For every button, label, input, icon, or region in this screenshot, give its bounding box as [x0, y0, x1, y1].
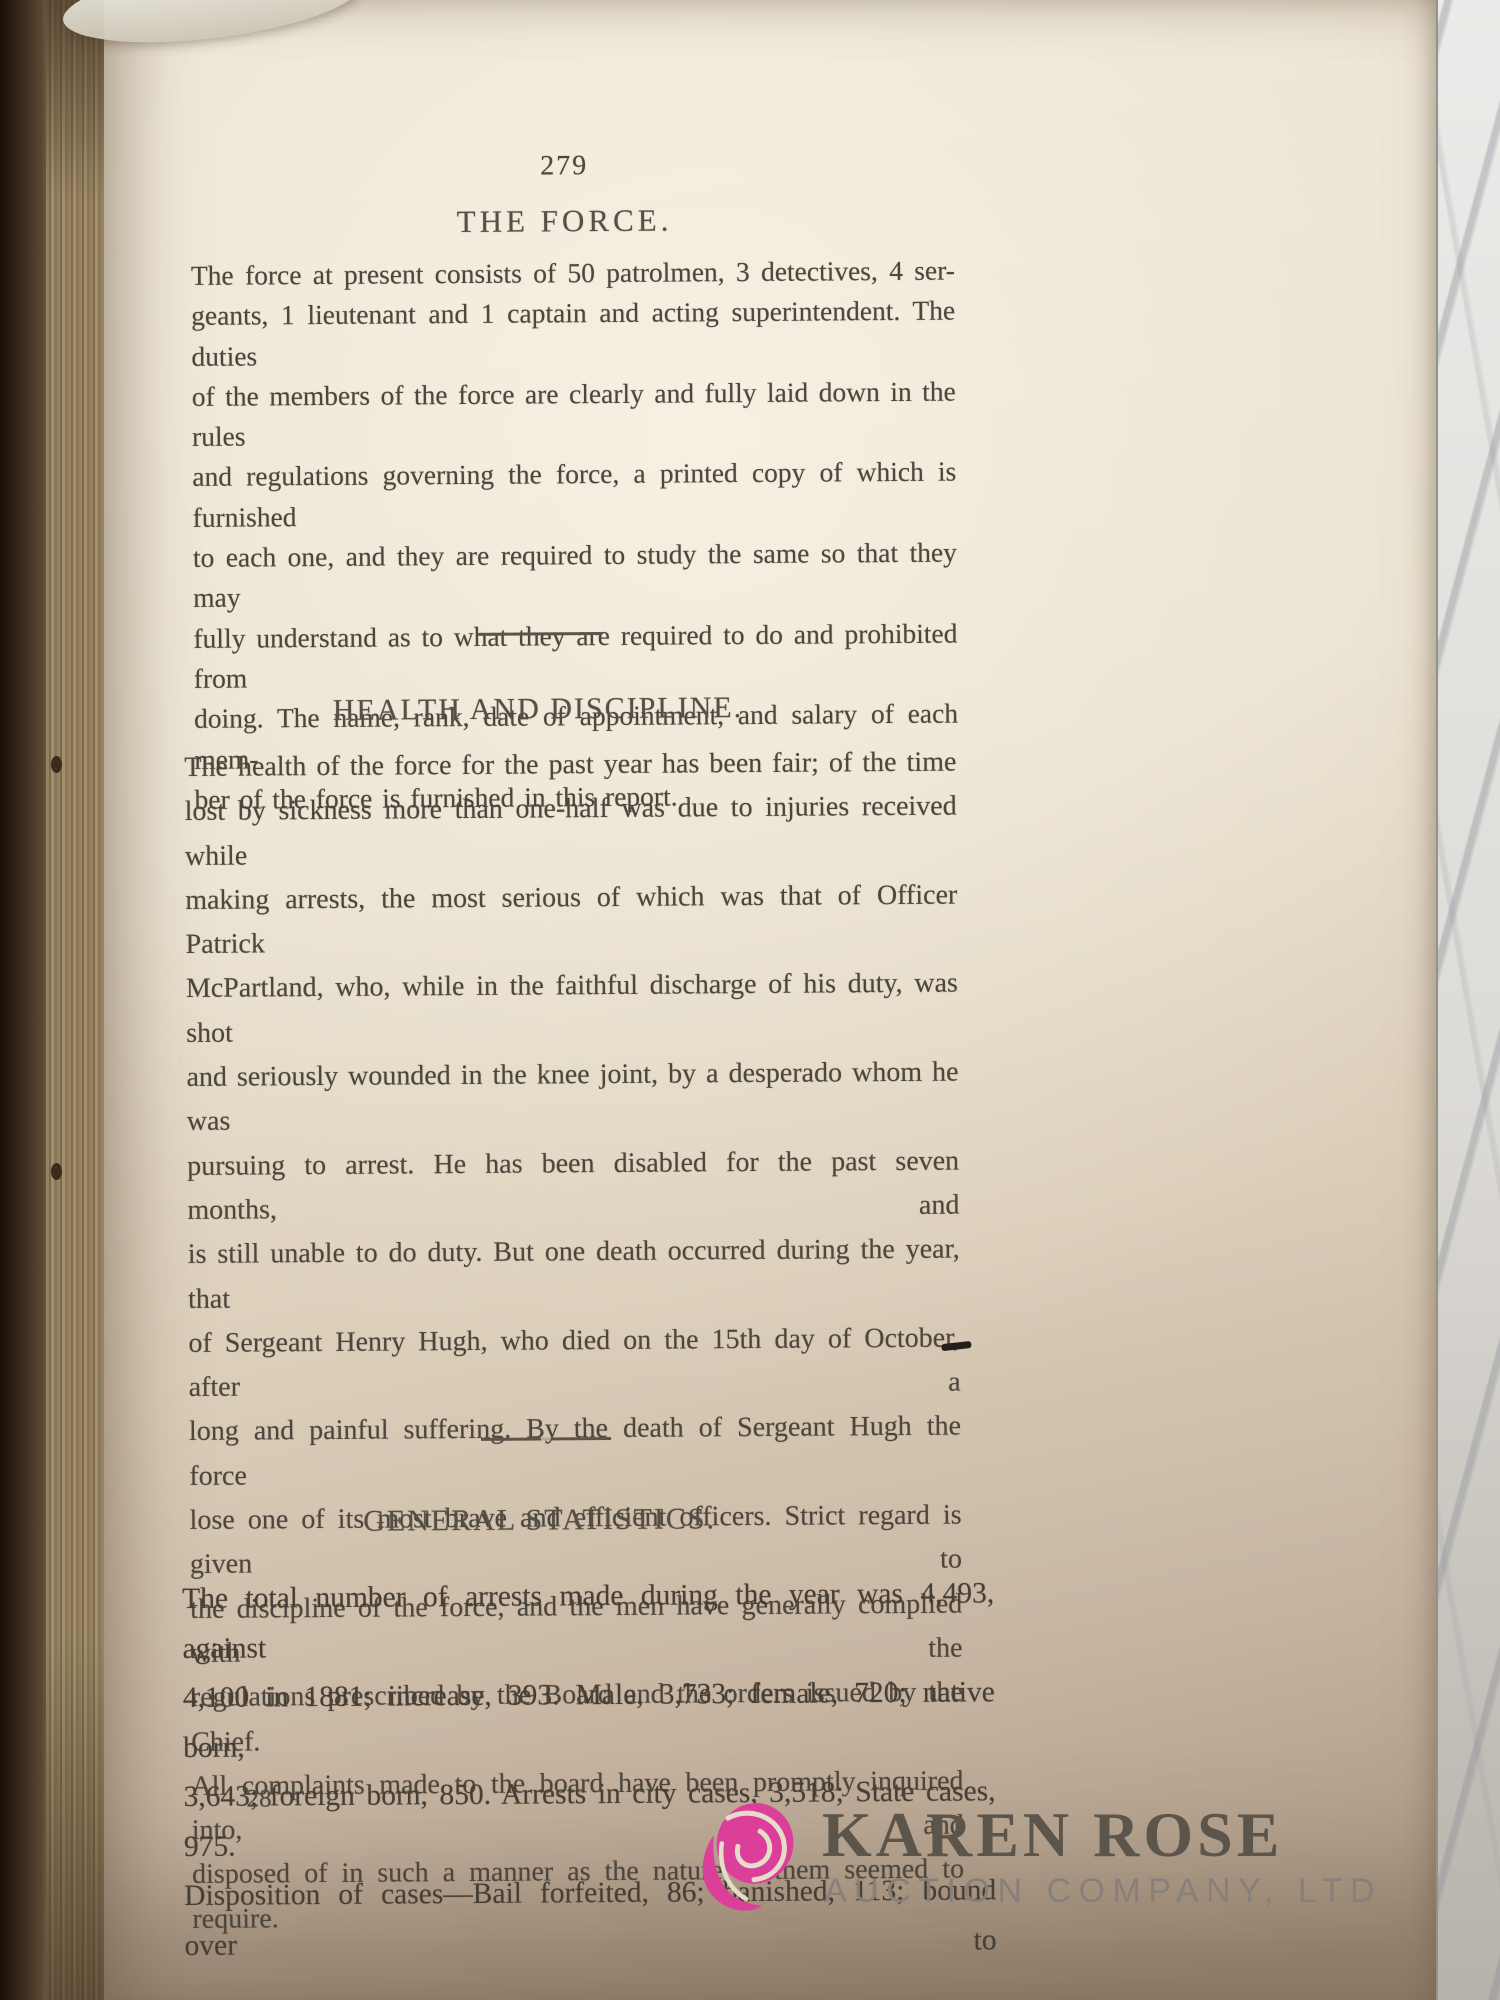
paragraph-the-force: The force at present consists of 50 patr… [191, 251, 959, 820]
text-line: is still unable to do duty. But one deat… [188, 1228, 961, 1322]
watermark-title: KAREN ROSE [822, 1798, 1462, 1872]
section-heading-general-statistics: GENERAL STATISTICS. [120, 1501, 960, 1541]
text-line: fully understand as to what they are req… [193, 613, 958, 699]
text-line: 4,100 in 1881; increase, 393. Male, 3,73… [183, 1668, 996, 1773]
text-line: long and painful suffering. By the death… [189, 1405, 962, 1499]
section-heading-health-and-discipline: HEALTH AND DISCIPLINE. [118, 690, 958, 730]
text-line: and seriously wounded in the knee joint,… [186, 1051, 959, 1145]
page-content: 279 THE FORCE. The force at present cons… [0, 0, 1500, 2000]
text-line: The total number of arrests made during … [182, 1569, 995, 1674]
text-line: of Sergeant Henry Hugh, who died on the … [188, 1316, 961, 1410]
text-line: and regulations governing the force, a p… [192, 452, 957, 538]
photo-of-book-page: 279 THE FORCE. The force at present cons… [0, 0, 1500, 2000]
text-line: making arrests, the most serious of whic… [185, 873, 958, 967]
text-line: lost by sickness more than one-half was … [185, 785, 958, 879]
section-heading-the-force: THE FORCE. [144, 200, 984, 242]
text-line: The force at present consists of 50 patr… [191, 251, 955, 297]
text-line: geants, 1 lieutenant and 1 captain and a… [191, 291, 956, 377]
watermark-subtitle: AUCTION COMPANY, LTD [824, 1872, 1484, 1911]
rose-icon [697, 1801, 799, 1917]
text-line: pursuing to arrest. He has been disabled… [187, 1139, 960, 1233]
signature-mark: 28 [246, 1785, 271, 1813]
text-line: of the members of the force are clearly … [192, 371, 957, 457]
text-line: to each one, and they are required to st… [193, 533, 958, 619]
text-line: The health of the force for the past yea… [184, 741, 956, 791]
page-number: 279 [144, 147, 984, 185]
text-line: McPartland, who, while in the faithful d… [186, 962, 959, 1056]
